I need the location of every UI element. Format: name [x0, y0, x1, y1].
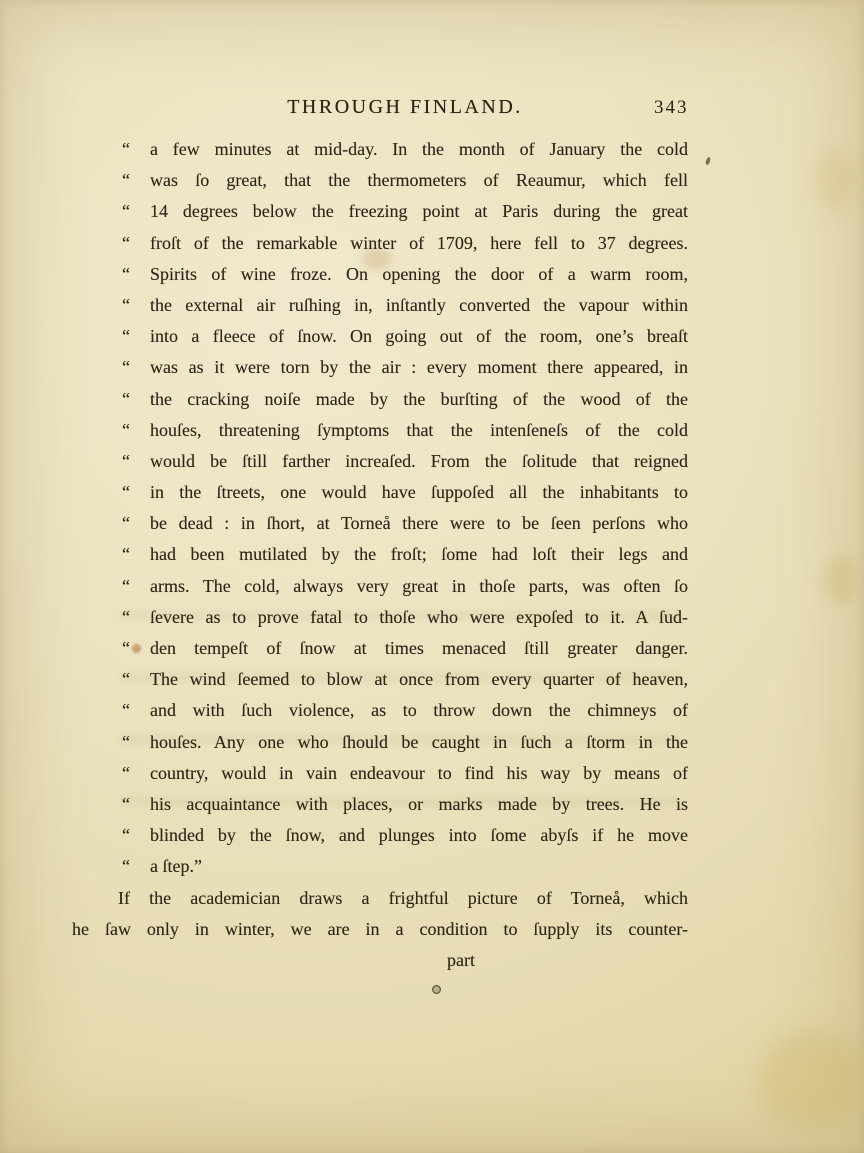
text-line: “would be ſtill farther increaſed. From … — [72, 446, 688, 477]
text-line: “country, would in vain endeavour to fin… — [72, 758, 688, 789]
quote-mark: “ — [122, 165, 130, 196]
text-line: “houſes. Any one who ſhould be caught in… — [72, 727, 688, 758]
line-text: Spirits of wine froze. On opening the do… — [150, 259, 688, 290]
line-text: a few minutes at mid-day. In the month o… — [150, 134, 688, 165]
quote-mark: “ — [122, 664, 130, 695]
quote-mark: “ — [122, 415, 130, 446]
paper-stain — [758, 1030, 864, 1130]
running-title: THROUGH FINLAND. — [287, 96, 523, 118]
text-line: “be dead : in ſhort, at Torneå there wer… — [72, 508, 688, 539]
line-text: would be ſtill farther increaſed. From t… — [150, 446, 688, 477]
quote-mark: “ — [122, 259, 130, 290]
line-text: into a fleece of ſnow. On going out of t… — [150, 321, 688, 352]
quote-mark: “ — [122, 851, 130, 882]
line-text: houſes. Any one who ſhould be caught in … — [150, 727, 688, 758]
line-text: the external air ruſhing in, inſtantly c… — [150, 290, 688, 321]
quote-mark: “ — [122, 196, 130, 227]
text-line: “den tempeſt of ſnow at times menaced ſt… — [72, 633, 688, 664]
line-text: The wind ſeemed to blow at once from eve… — [150, 664, 688, 695]
quote-mark: “ — [122, 820, 130, 851]
line-text: country, would in vain endeavour to find… — [150, 758, 688, 789]
line-text: 14 degrees below the freezing point at P… — [150, 196, 688, 227]
quote-mark: “ — [122, 727, 130, 758]
quote-mark: “ — [122, 571, 130, 602]
text-line: “the external air ruſhing in, inſtantly … — [72, 290, 688, 321]
text-line: “the cracking noiſe made by the burſting… — [72, 384, 688, 415]
quote-mark: “ — [122, 789, 130, 820]
printers-ornament-dot — [432, 985, 441, 994]
text-line: “into a fleece of ſnow. On going out of … — [72, 321, 688, 352]
quote-mark: “ — [122, 134, 130, 165]
line-text: den tempeſt of ſnow at times menaced ſti… — [150, 633, 688, 664]
catchword-line: part — [72, 945, 688, 976]
quote-mark: “ — [122, 477, 130, 508]
text-line: “his acquaintance with places, or marks … — [72, 789, 688, 820]
text-line: “and with ſuch violence, as to throw dow… — [72, 695, 688, 726]
paragraph-line: If the academician draws a frightful pic… — [72, 883, 688, 914]
page-header: THROUGH FINLAND. — [0, 96, 810, 119]
text-line: “a few minutes at mid-day. In the month … — [72, 134, 688, 165]
line-text: in the ſtreets, one would have ſuppoſed … — [150, 477, 688, 508]
text-line: “had been mutilated by the froſt; ſome h… — [72, 539, 688, 570]
quote-mark: “ — [122, 384, 130, 415]
line-text: his acquaintance with places, or marks m… — [150, 789, 688, 820]
text-line: “14 degrees below the freezing point at … — [72, 196, 688, 227]
line-text: was ſo great, that the thermometers of R… — [150, 165, 688, 196]
quote-mark: “ — [122, 602, 130, 633]
quote-mark: “ — [122, 539, 130, 570]
text-line: “a ſtep.” — [72, 851, 688, 882]
line-text: and with ſuch violence, as to throw down… — [150, 695, 688, 726]
body-text: “a few minutes at mid-day. In the month … — [72, 134, 688, 976]
paper-stain — [824, 556, 858, 604]
quote-mark: “ — [122, 633, 130, 664]
text-line: “in the ſtreets, one would have ſuppoſed… — [72, 477, 688, 508]
ink-speck — [705, 157, 711, 166]
quote-mark: “ — [122, 508, 130, 539]
line-text: blinded by the ſnow, and plunges into ſo… — [150, 820, 688, 851]
text-line: “Spirits of wine froze. On opening the d… — [72, 259, 688, 290]
line-text: had been mutilated by the froſt; ſome ha… — [150, 539, 688, 570]
text-line: “froſt of the remarkable winter of 1709,… — [72, 228, 688, 259]
quote-mark: “ — [122, 352, 130, 383]
quote-mark: “ — [122, 758, 130, 789]
line-text: a ſtep.” — [150, 851, 688, 882]
paper-stain — [816, 150, 856, 210]
book-page: THROUGH FINLAND. 343 “a few minutes at m… — [0, 0, 864, 1153]
text-line: “houſes, threatening ſymptoms that the i… — [72, 415, 688, 446]
line-text: was as it were torn by the air : every m… — [150, 352, 688, 383]
quote-mark: “ — [122, 695, 130, 726]
text-line: “arms. The cold, always very great in th… — [72, 571, 688, 602]
line-text: be dead : in ſhort, at Torneå there were… — [150, 508, 688, 539]
quote-mark: “ — [122, 321, 130, 352]
quote-mark: “ — [122, 228, 130, 259]
text-line: “ſevere as to prove fatal to thoſe who w… — [72, 602, 688, 633]
text-line: “was as it were torn by the air : every … — [72, 352, 688, 383]
text-line: “was ſo great, that the thermometers of … — [72, 165, 688, 196]
quote-mark: “ — [122, 446, 130, 477]
line-text: froſt of the remarkable winter of 1709, … — [150, 228, 688, 259]
quote-mark: “ — [122, 290, 130, 321]
line-text: arms. The cold, always very great in tho… — [150, 571, 688, 602]
catchword: part — [447, 945, 475, 976]
text-line: “The wind ſeemed to blow at once from ev… — [72, 664, 688, 695]
page-number: 343 — [654, 97, 689, 119]
line-text: houſes, threatening ſymptoms that the in… — [150, 415, 688, 446]
line-text: the cracking noiſe made by the burſting … — [150, 384, 688, 415]
paragraph-line: he ſaw only in winter, we are in a condi… — [72, 914, 688, 945]
text-line: “blinded by the ſnow, and plunges into ſ… — [72, 820, 688, 851]
line-text: ſevere as to prove fatal to thoſe who we… — [150, 602, 688, 633]
